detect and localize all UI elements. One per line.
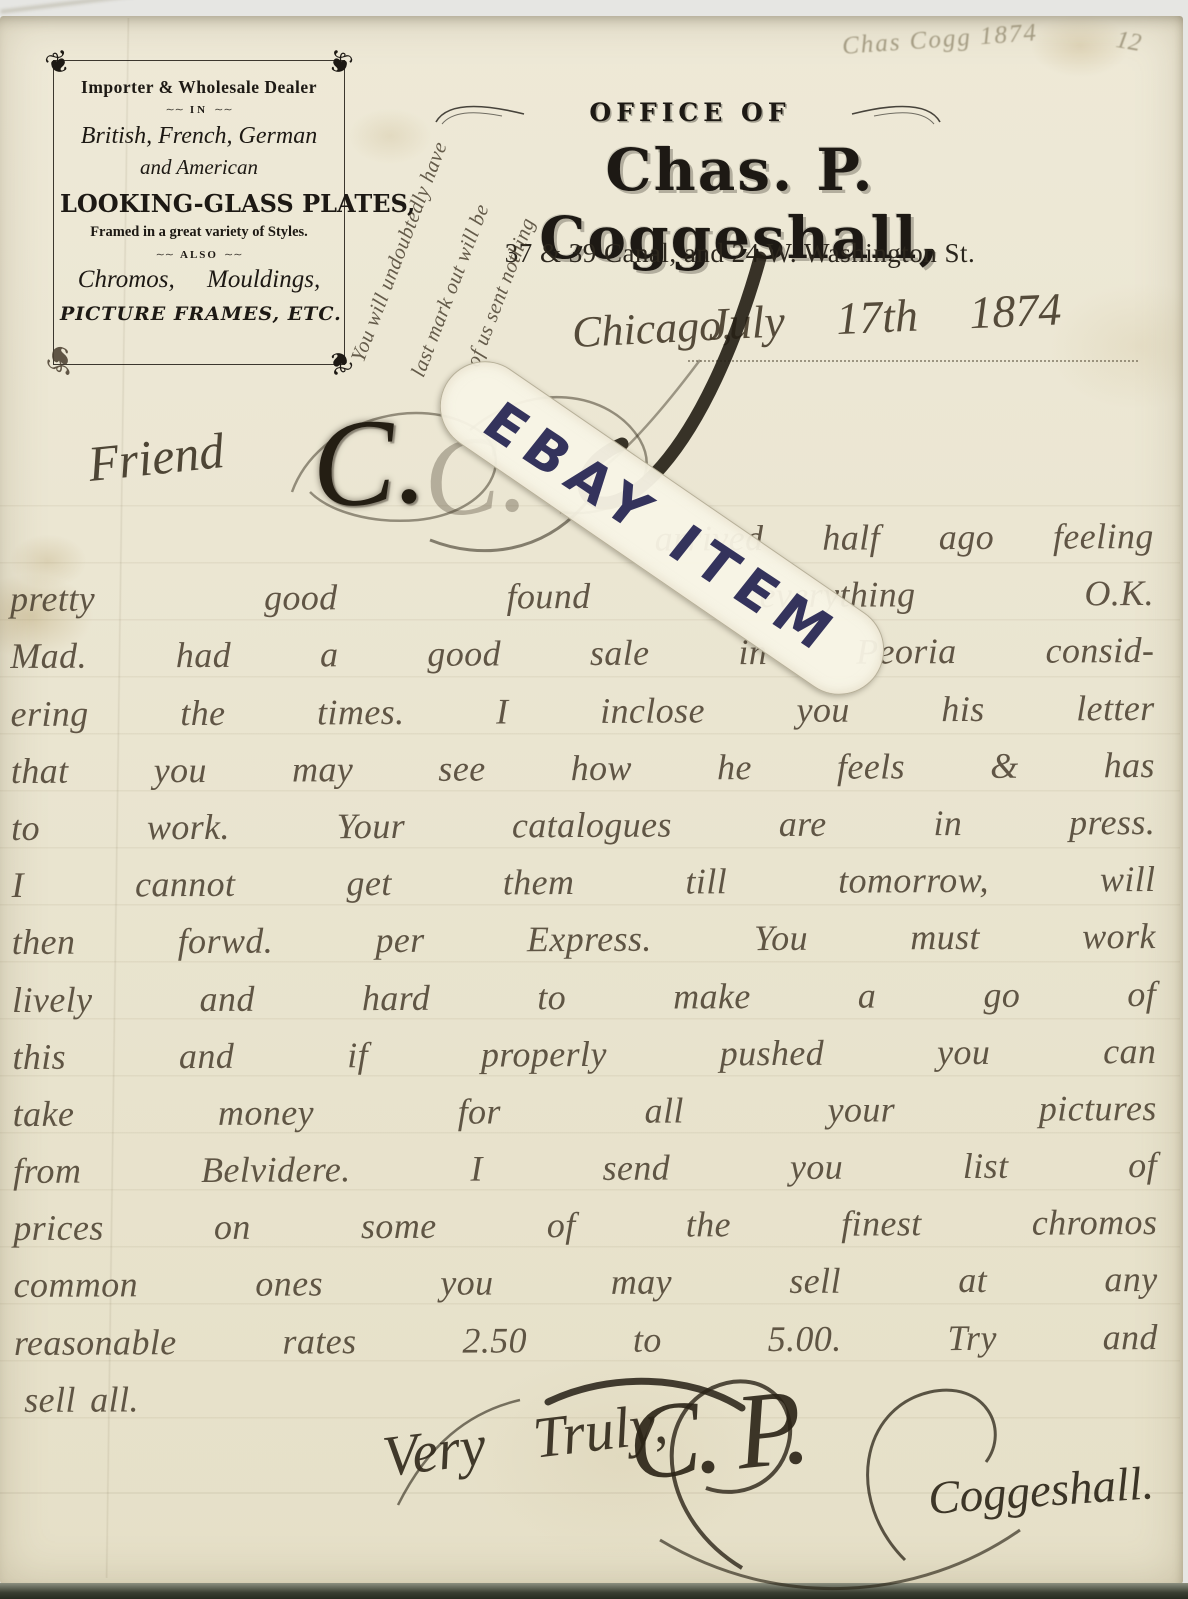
scanned-letter: ❦ ❦ ❦ ❦ Importer & Wholesale Dealer IN B… xyxy=(0,0,1188,1599)
body-line: I cannot get them till tomorrow, will xyxy=(11,858,1155,921)
dealer-line: Importer & Wholesale Dealer xyxy=(60,77,338,98)
in-label: IN xyxy=(60,103,338,116)
goods-line-2: and American xyxy=(60,155,338,180)
body-line: take money for all your pictures xyxy=(13,1087,1157,1150)
salutation-initial: C. xyxy=(308,389,429,537)
letterhead-box: ❦ ❦ ❦ ❦ Importer & Wholesale Dealer IN B… xyxy=(53,60,345,365)
body-line: common ones you may sell at any xyxy=(14,1258,1158,1321)
picture-frames-line: PICTURE FRAMES, ETC. xyxy=(60,303,338,325)
product-title: LOOKING-GLASS PLATES, xyxy=(60,189,338,218)
chromos-line: Chromos, Mouldings, xyxy=(60,266,338,294)
body-line: from Belvidere. I send you list of xyxy=(13,1144,1157,1207)
body-line: lively and hard to make a go of xyxy=(12,973,1156,1036)
letter-body: arrived half ago feeling pretty good fou… xyxy=(10,515,1159,1436)
body-line: prices on some of the finest chromos xyxy=(13,1201,1157,1264)
body-line: reasonable rates 2.50 to 5.00. Try and xyxy=(14,1316,1158,1379)
body-line: this and if properly pushed you can xyxy=(12,1030,1156,1093)
body-line: Mad. had a good sale in Peoria consid- xyxy=(10,629,1154,692)
scan-bottom-edge xyxy=(0,1583,1188,1599)
body-line: pretty good found everything O.K. xyxy=(10,572,1154,635)
signature-initials: C. P. xyxy=(622,1365,809,1507)
dateline-dotted-rule xyxy=(688,360,1138,362)
flourish-icon xyxy=(848,100,944,130)
goods-line-1: British, French, German xyxy=(60,123,338,150)
pencil-note-number: 12 xyxy=(1114,26,1143,58)
body-line: that you may see how he feels & has xyxy=(11,744,1155,807)
body-line: then forwd. per Express. You must work xyxy=(12,915,1156,978)
body-line: to work. Your catalogues are in press. xyxy=(11,801,1155,864)
also-label: ALSO xyxy=(60,248,338,261)
body-line: ering the times. I inclose you his lette… xyxy=(11,687,1155,750)
framed-line: Framed in a great variety of Styles. xyxy=(60,224,338,241)
pencil-smudge xyxy=(0,0,159,14)
